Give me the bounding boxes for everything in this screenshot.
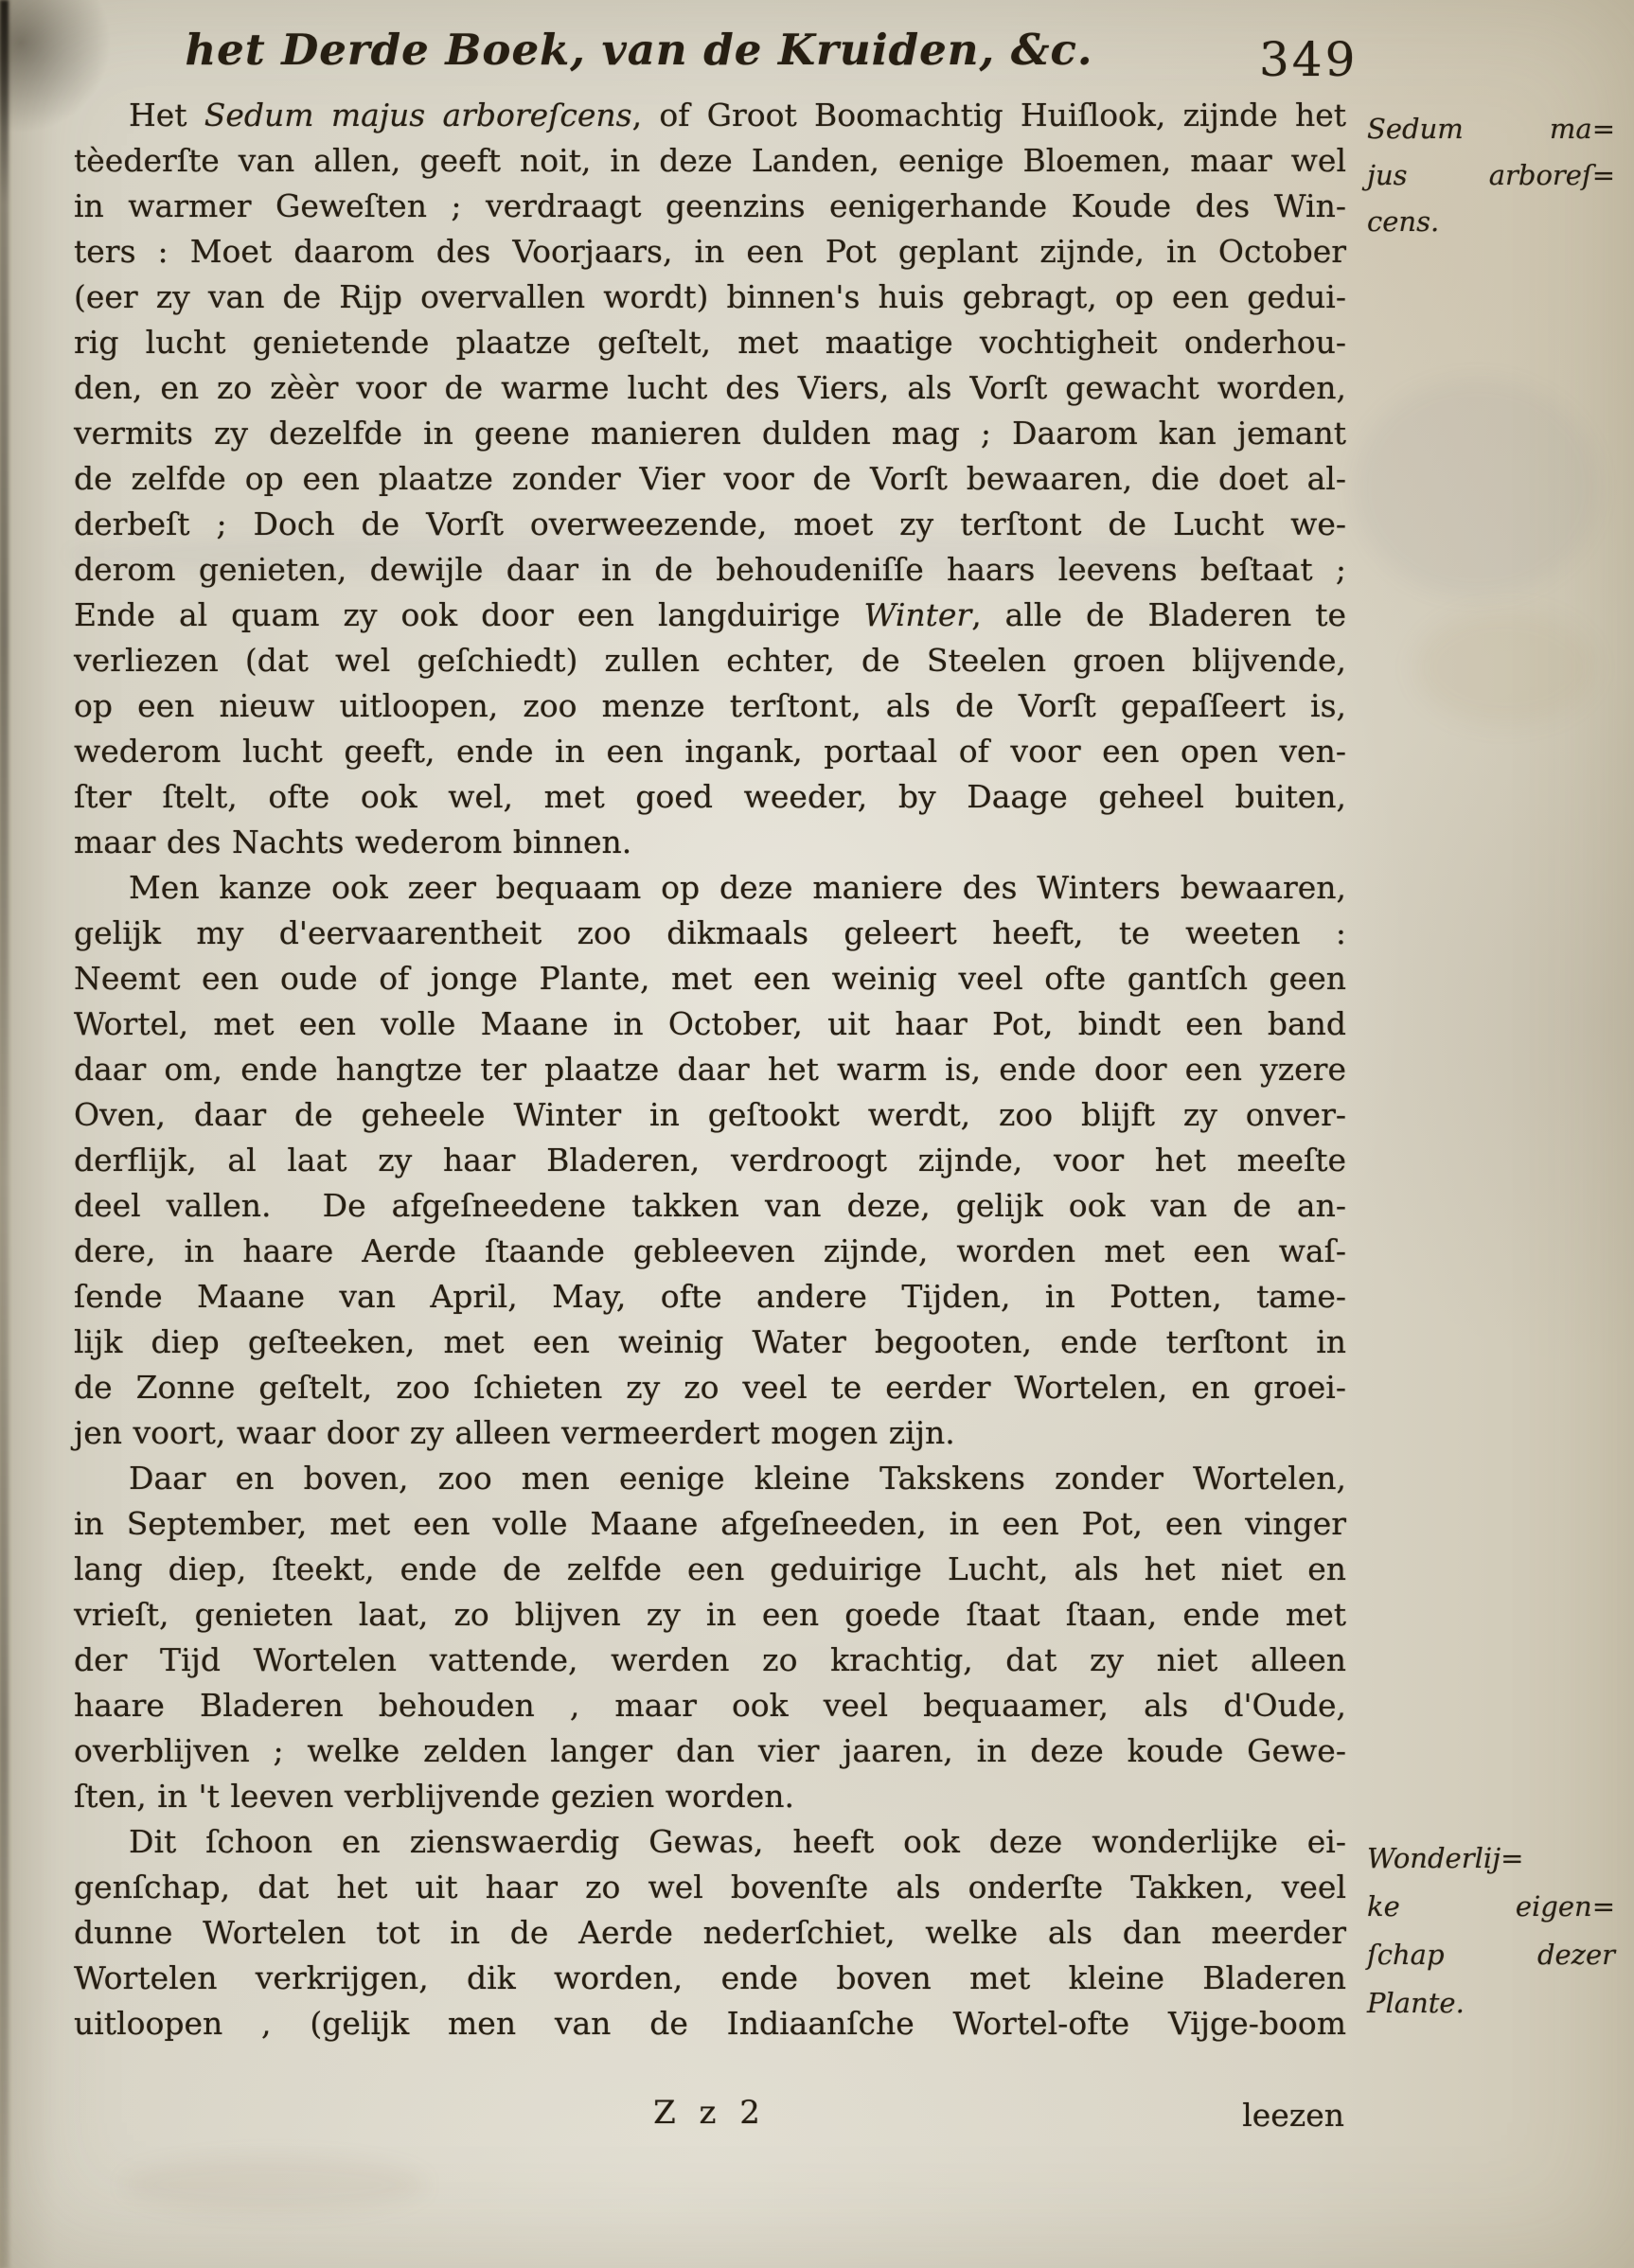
text-line: tèederſte van allen, geeft noit, in deze…	[74, 138, 1346, 184]
text-line: ters : Moet daarom des Voorjaars, in een…	[74, 229, 1346, 275]
paper-stain	[1415, 611, 1595, 724]
text-line: uitloopen , (gelijk men van de Indiaanſc…	[74, 2001, 1346, 2047]
text-line: de zelfde op een plaatze zonder Vier voo…	[74, 456, 1346, 502]
text-line: (eer zy van de Rijp overvallen wordt) bi…	[74, 275, 1346, 320]
catchword: leezen	[1242, 2097, 1344, 2134]
text-line: Dit ſchoon en zienswaerdig Gewas, heeft …	[74, 1819, 1346, 1865]
running-head: het Derde Boek, van de Kruiden, &c. 349	[74, 19, 1346, 104]
text-line: jen voort, waar door zy alleen vermeerde…	[74, 1410, 1346, 1456]
margin-note-line: ſchap dezer	[1367, 1931, 1615, 1979]
text-line: lang diep, ſteekt, ende de zelfde een ge…	[74, 1547, 1346, 1592]
text-line: Neemt een oude of jonge Plante, met een …	[74, 956, 1346, 1001]
text-line: ſten, in 't leeven verblijvende gezien w…	[74, 1774, 1346, 1819]
text-line: Het Sedum majus arboreſcens, of Groot Bo…	[74, 93, 1346, 138]
text-line: derbeſt ; Doch de Vorſt overweezende, mo…	[74, 502, 1346, 547]
text-line: ſter ſtelt, ofte ook wel, met goed weede…	[74, 774, 1346, 820]
text-line: Wortel, met een volle Maane in October, …	[74, 1001, 1346, 1047]
text-line: genſchap, dat het uit haar zo wel bovenſ…	[74, 1865, 1346, 1910]
margin-note-line: cens.	[1367, 199, 1615, 245]
margin-note-line: jus arboreſ=	[1367, 152, 1615, 199]
text-line: Men kanze ook zeer bequaam op deze manie…	[74, 865, 1346, 911]
text-line: in September, met een volle Maane afgeſn…	[74, 1501, 1346, 1547]
page-number: 349	[1259, 32, 1358, 87]
text-line: wederom lucht geeft, ende in een ingank,…	[74, 729, 1346, 774]
text-line: deel vallen. De afgeſneedene takken van …	[74, 1183, 1346, 1229]
text-line: Daar en boven, zoo men eenige kleine Tak…	[74, 1456, 1346, 1501]
text-line: dere, in haare Aerde ſtaande gebleeven z…	[74, 1229, 1346, 1274]
scan-left-edge-shadow	[0, 0, 9, 2268]
margin-note: Wonderlij=ke eigen=ſchap dezerPlante.	[1367, 1834, 1615, 2028]
margin-note: Sedum ma=jus arboreſ=cens.	[1367, 106, 1615, 245]
text-line: der Tijd Wortelen vattende, werden zo kr…	[74, 1638, 1346, 1683]
text-line: vermits zy dezelfde in geene manieren du…	[74, 411, 1346, 456]
text-line: derom genieten, dewijle daar in de behou…	[74, 547, 1346, 593]
text-line: vrieſt, genieten laat, zo blijven zy in …	[74, 1592, 1346, 1638]
margin-note-line: Wonderlij=	[1367, 1834, 1615, 1883]
signature-mark: Z z 2	[74, 2094, 1346, 2132]
text-line: ſende Maane van April, May, ofte andere …	[74, 1274, 1346, 1320]
paper-stain	[1354, 379, 1600, 596]
text-line: daar om, ende hangtze ter plaatze daar h…	[74, 1047, 1346, 1092]
italic-text: Winter	[864, 596, 972, 633]
text-line: derflijk, al laat zy haar Bladeren, verd…	[74, 1138, 1346, 1183]
margin-note-line: Plante.	[1367, 1979, 1615, 2028]
text-line: dunne Wortelen tot in de Aerde nederſchi…	[74, 1910, 1346, 1956]
text-line: den, en zo zèèr voor de warme lucht des …	[74, 365, 1346, 411]
text-line: overblijven ; welke zelden langer dan vi…	[74, 1728, 1346, 1774]
margin-note-line: ke eigen=	[1367, 1883, 1615, 1931]
text-line: lijk diep geſteeken, met een weinig Wate…	[74, 1320, 1346, 1365]
italic-text: Sedum majus arboreſcens	[204, 97, 632, 133]
book-page-scan: het Derde Boek, van de Kruiden, &c. 349 …	[0, 0, 1634, 2268]
text-line: gelijk my d'eervaarentheit zoo dikmaals …	[74, 911, 1346, 956]
text-line: maar des Nachts wederom binnen.	[74, 820, 1346, 865]
text-line: de Zonne geſtelt, zoo ſchieten zy zo vee…	[74, 1365, 1346, 1410]
page-footer: Z z 2 leezen	[74, 2094, 1346, 2143]
text-line: haare Bladeren behouden , maar ook veel …	[74, 1683, 1346, 1728]
text-line: Ende al quam zy ook door een langduirige…	[74, 593, 1346, 638]
text-line: verliezen (dat wel geſchiedt) zullen ech…	[74, 638, 1346, 683]
text-line: op een nieuw uitloopen, zoo menze terſto…	[74, 683, 1346, 729]
text-line: in warmer Geweſten ; verdraagt geenzins …	[74, 184, 1346, 229]
text-line: Wortelen verkrijgen, dik worden, ende bo…	[74, 1956, 1346, 2001]
running-head-title: het Derde Boek, van de Kruiden, &c.	[74, 25, 1204, 75]
body-text-column: Het Sedum majus arboreſcens, of Groot Bo…	[74, 93, 1346, 2047]
text-line: rig lucht genietende plaatze geſtelt, me…	[74, 320, 1346, 365]
margin-note-line: Sedum ma=	[1367, 106, 1615, 152]
text-line: Oven, daar de geheele Winter in geſtookt…	[74, 1092, 1346, 1138]
paper-stain	[123, 2156, 426, 2213]
